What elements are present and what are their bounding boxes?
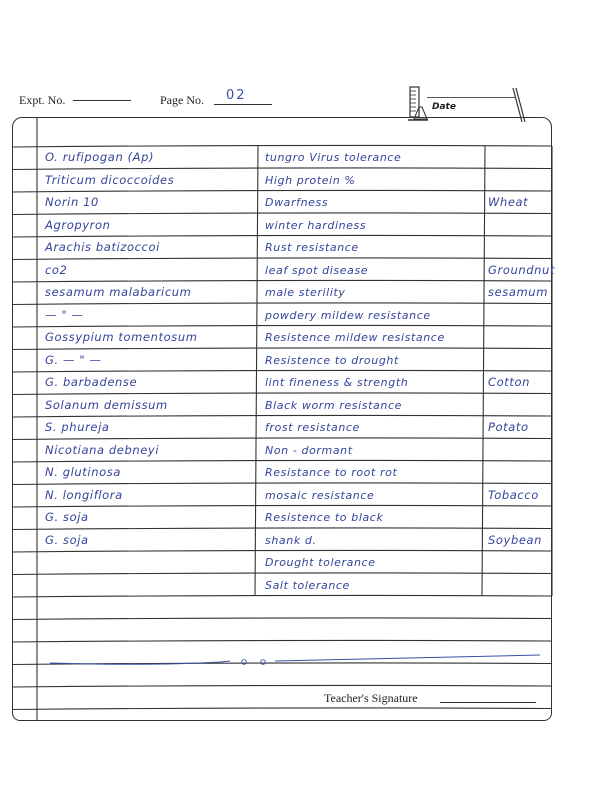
- trait-cell: Resistance to root rot: [265, 467, 397, 478]
- trait-cell: Drought tolerance: [265, 557, 376, 568]
- teacher-signature-field[interactable]: [440, 702, 536, 703]
- crop-cell: Soybean: [488, 535, 542, 547]
- species-cell: co2: [45, 265, 67, 277]
- trait-cell: Resistence to drought: [265, 355, 399, 366]
- crop-cell: Potato: [488, 422, 529, 434]
- species-cell: O. rufipogan (Ap): [45, 152, 154, 164]
- trait-cell: Resistence mildew resistance: [265, 332, 445, 343]
- trait-cell: Dwarfness: [265, 197, 328, 208]
- species-cell: S. phureja: [45, 422, 110, 434]
- species-cell: Norin 10: [45, 197, 99, 209]
- species-cell: Agropyron: [45, 220, 111, 232]
- crop-cell: Groundnut: [488, 265, 555, 277]
- trait-cell: powdery mildew resistance: [265, 310, 431, 321]
- species-cell: Triticum dicoccoides: [45, 175, 174, 187]
- trait-cell: Rust resistance: [265, 242, 359, 253]
- species-cell: Gossypium tomentosum: [45, 332, 198, 344]
- species-cell: sesamum malabaricum: [45, 287, 191, 299]
- crop-cell: sesamum: [488, 287, 548, 299]
- trait-cell: Black worm resistance: [265, 400, 402, 411]
- species-cell: N. longiflora: [45, 490, 123, 502]
- species-cell: Nicotiana debneyi: [45, 445, 159, 457]
- species-cell: G. soja: [45, 535, 89, 547]
- trait-cell: winter hardiness: [265, 220, 366, 231]
- trait-cell: shank d.: [265, 535, 317, 546]
- trait-cell: lint fineness & strength: [265, 377, 408, 388]
- species-cell: N. glutinosa: [45, 467, 121, 479]
- trait-cell: mosaic resistance: [265, 490, 374, 501]
- species-cell: G. — " —: [45, 355, 102, 367]
- crop-cell: Tobacco: [488, 490, 539, 502]
- species-cell: G. soja: [45, 512, 89, 524]
- trait-cell: High protein %: [265, 175, 355, 186]
- trait-cell: tungro Virus tolerance: [265, 152, 401, 163]
- trait-cell: male sterility: [265, 287, 346, 298]
- trait-cell: leaf spot disease: [265, 265, 368, 276]
- trait-cell: frost resistance: [265, 422, 360, 433]
- species-cell: Solanum demissum: [45, 400, 168, 412]
- crop-cell: Wheat: [488, 197, 528, 209]
- species-cell: — " —: [45, 310, 84, 322]
- species-cell: Arachis batizoccoi: [45, 242, 160, 254]
- species-cell: G. barbadense: [45, 377, 137, 389]
- crop-cell: Cotton: [488, 377, 530, 389]
- trait-cell: Non - dormant: [265, 445, 353, 456]
- trait-cell: Resistence to black: [265, 512, 383, 523]
- teacher-signature-label: Teacher's Signature: [324, 691, 418, 706]
- trait-cell: Salt tolerance: [265, 580, 350, 591]
